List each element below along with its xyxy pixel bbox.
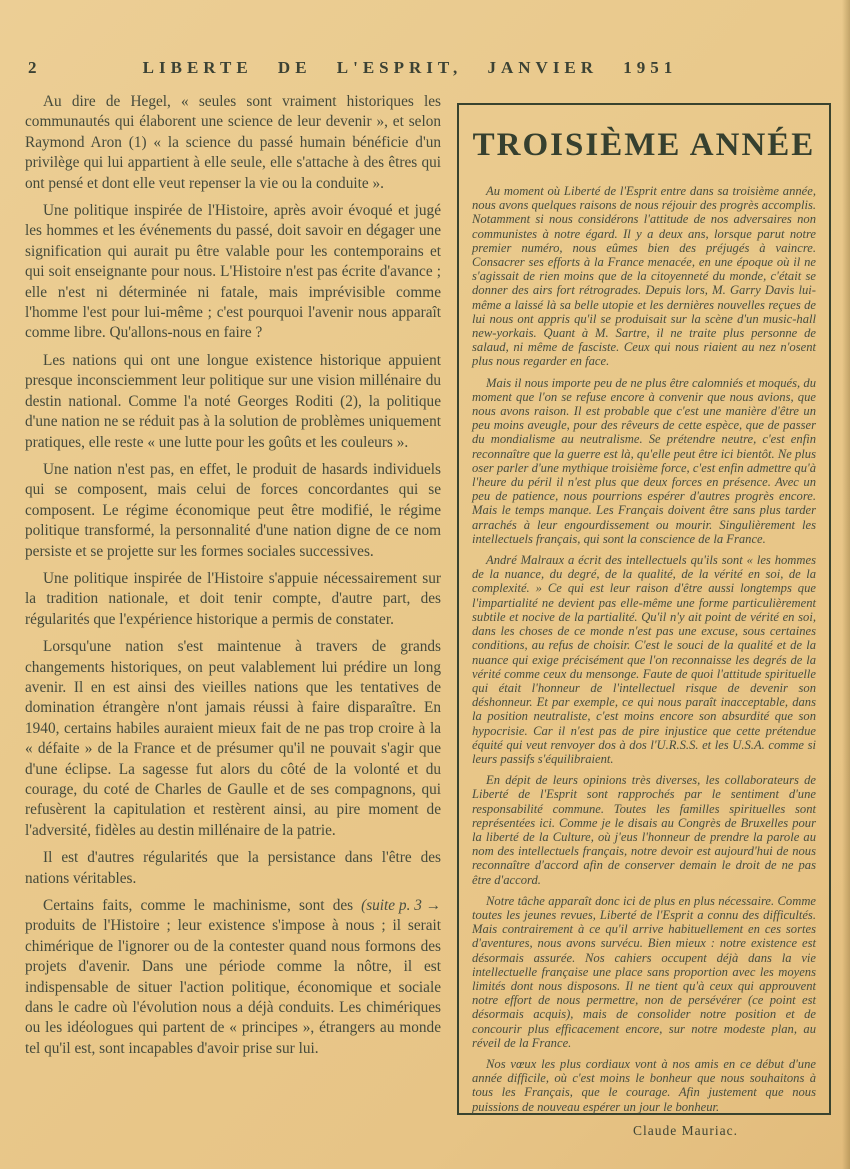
signature: Claude Mauriac.	[472, 1124, 738, 1138]
left-article-column: Au dire de Hegel, « seules sont vraiment…	[25, 92, 441, 1066]
paragraph: Au dire de Hegel, « seules sont vraiment…	[25, 92, 441, 194]
boxed-article: TROISIÈME ANNÉE Au moment où Liberté de …	[457, 103, 831, 1115]
paragraph: En dépit de leurs opinions très diverses…	[472, 773, 816, 887]
masthead-title: LIBERTE DE L'ESPRIT, JANVIER 1951	[0, 58, 820, 78]
paragraph: Il est d'autres régularités que la persi…	[25, 848, 441, 889]
paragraph: Lorsqu'une nation s'est maintenue à trav…	[25, 637, 441, 841]
box-paragraphs: Au moment où Liberté de l'Esprit entre d…	[472, 184, 816, 1114]
box-body: Au moment où Liberté de l'Esprit entre d…	[472, 184, 816, 1138]
paragraph: Nos vœux les plus cordiaux vont à nos am…	[472, 1057, 816, 1114]
box-title: TROISIÈME ANNÉE	[472, 127, 816, 164]
left-column-paragraphs: Au dire de Hegel, « seules sont vraiment…	[25, 92, 441, 889]
continuation-note: (suite p. 3 →	[353, 896, 441, 916]
paragraph: Une politique inspirée de l'Histoire, ap…	[25, 201, 441, 344]
paragraph: Mais il nous importe peu de ne plus être…	[472, 376, 816, 546]
last-paragraph-text: Certains faits, comme le machinisme, son…	[25, 897, 441, 1057]
paragraph: André Malraux a écrit des intellectuels …	[472, 553, 816, 766]
paragraph: Une politique inspirée de l'Histoire s'a…	[25, 569, 441, 630]
paragraph: Les nations qui ont une longue existence…	[25, 351, 441, 453]
last-paragraph: (suite p. 3 →Certains faits, comme le ma…	[25, 896, 441, 1059]
paragraph: Au moment où Liberté de l'Esprit entre d…	[472, 184, 816, 369]
paragraph: Notre tâche apparaît donc ici de plus en…	[472, 894, 816, 1050]
paragraph: Une nation n'est pas, en effet, le produ…	[25, 460, 441, 562]
